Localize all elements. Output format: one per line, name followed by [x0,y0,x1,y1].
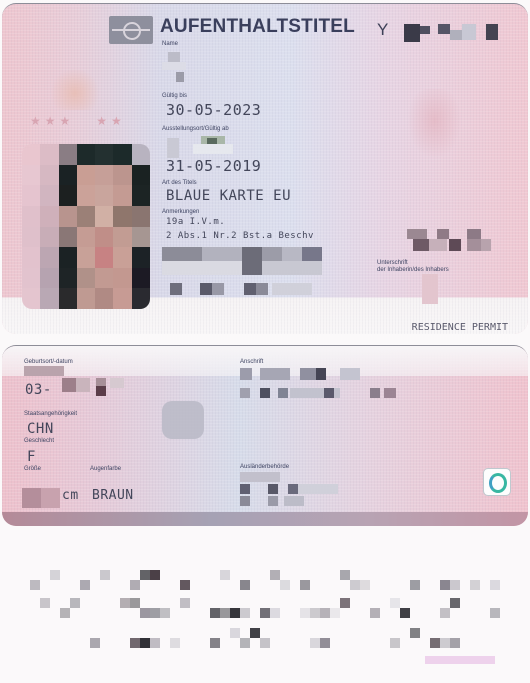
valid-until: 30-05-2023 [166,101,261,119]
label-height: Größe [24,466,41,472]
federal-eagle-watermark [407,89,462,159]
birth-date-prefix: 03- [25,382,52,398]
stars-decoration: ★★★ ★★ [30,114,126,128]
label-name: Name [162,41,178,47]
redacted-name [162,52,192,84]
document-title: AUFENTHALTSTITEL [160,16,355,38]
redacted-authority [240,472,350,512]
label-type-of-title: Art des Titels [162,180,197,186]
redacted-address [240,368,415,408]
eye-color: BRAUN [92,488,134,503]
label-valid-until: Gültig bis [162,93,187,99]
label-signature: Unterschrift [377,260,408,266]
bottom-band [2,512,528,526]
card-front: AUFENTHALTSTITEL Y Name ★★★ ★★ Gültig bi… [2,3,528,334]
card-back: Geburtsort/-datum 03- Staatsangehörigkei… [2,345,528,526]
eu-emblem-icon [109,16,153,44]
nationality: CHN [27,421,54,437]
redacted-mrz-tail [425,656,495,664]
coat-of-arms-watermark [50,68,100,110]
residence-permit-label: RESIDENCE PERMIT [412,322,508,333]
height-unit: cm [62,488,79,503]
valid-from: 31-05-2019 [166,157,261,175]
label-remarks: Anmerkungen [162,209,199,215]
label-address: Anschrift [240,359,263,365]
type-of-title: BLAUE KARTE EU [166,188,291,204]
remarks-line-2: 2 Abs.1 Nr.2 Bst.a Beschv [166,231,314,241]
label-issue-valid-from: Ausstellungsort/Gültig ab [162,126,229,132]
redacted-chip-hologram [162,401,204,439]
redacted-height [22,488,60,508]
machine-readable-zone-redacted [0,560,530,670]
holder-photo-redacted [22,144,150,309]
redacted-signature-tail [422,274,438,304]
label-eye-color: Augenfarbe [90,466,121,472]
eid-chip-icon [483,468,511,496]
redacted-remarks [162,247,352,307]
redacted-signature [407,229,502,259]
label-birth: Geburtsort/-datum [24,359,73,365]
label-sex: Geschlecht [24,438,54,444]
redacted-document-number [404,22,509,44]
sex: F [27,449,36,465]
label-authority: Ausländerbehörde [240,464,289,470]
redacted-birth-date [62,378,132,400]
label-signature-holder: der Inhaberin/des Inhabers [377,267,449,273]
remarks-line-1: 19a I.V.m. [166,217,225,227]
redacted-birth-place [24,366,64,376]
document-number: Y [377,20,388,40]
label-nationality: Staatsangehörigkeit [24,411,77,417]
